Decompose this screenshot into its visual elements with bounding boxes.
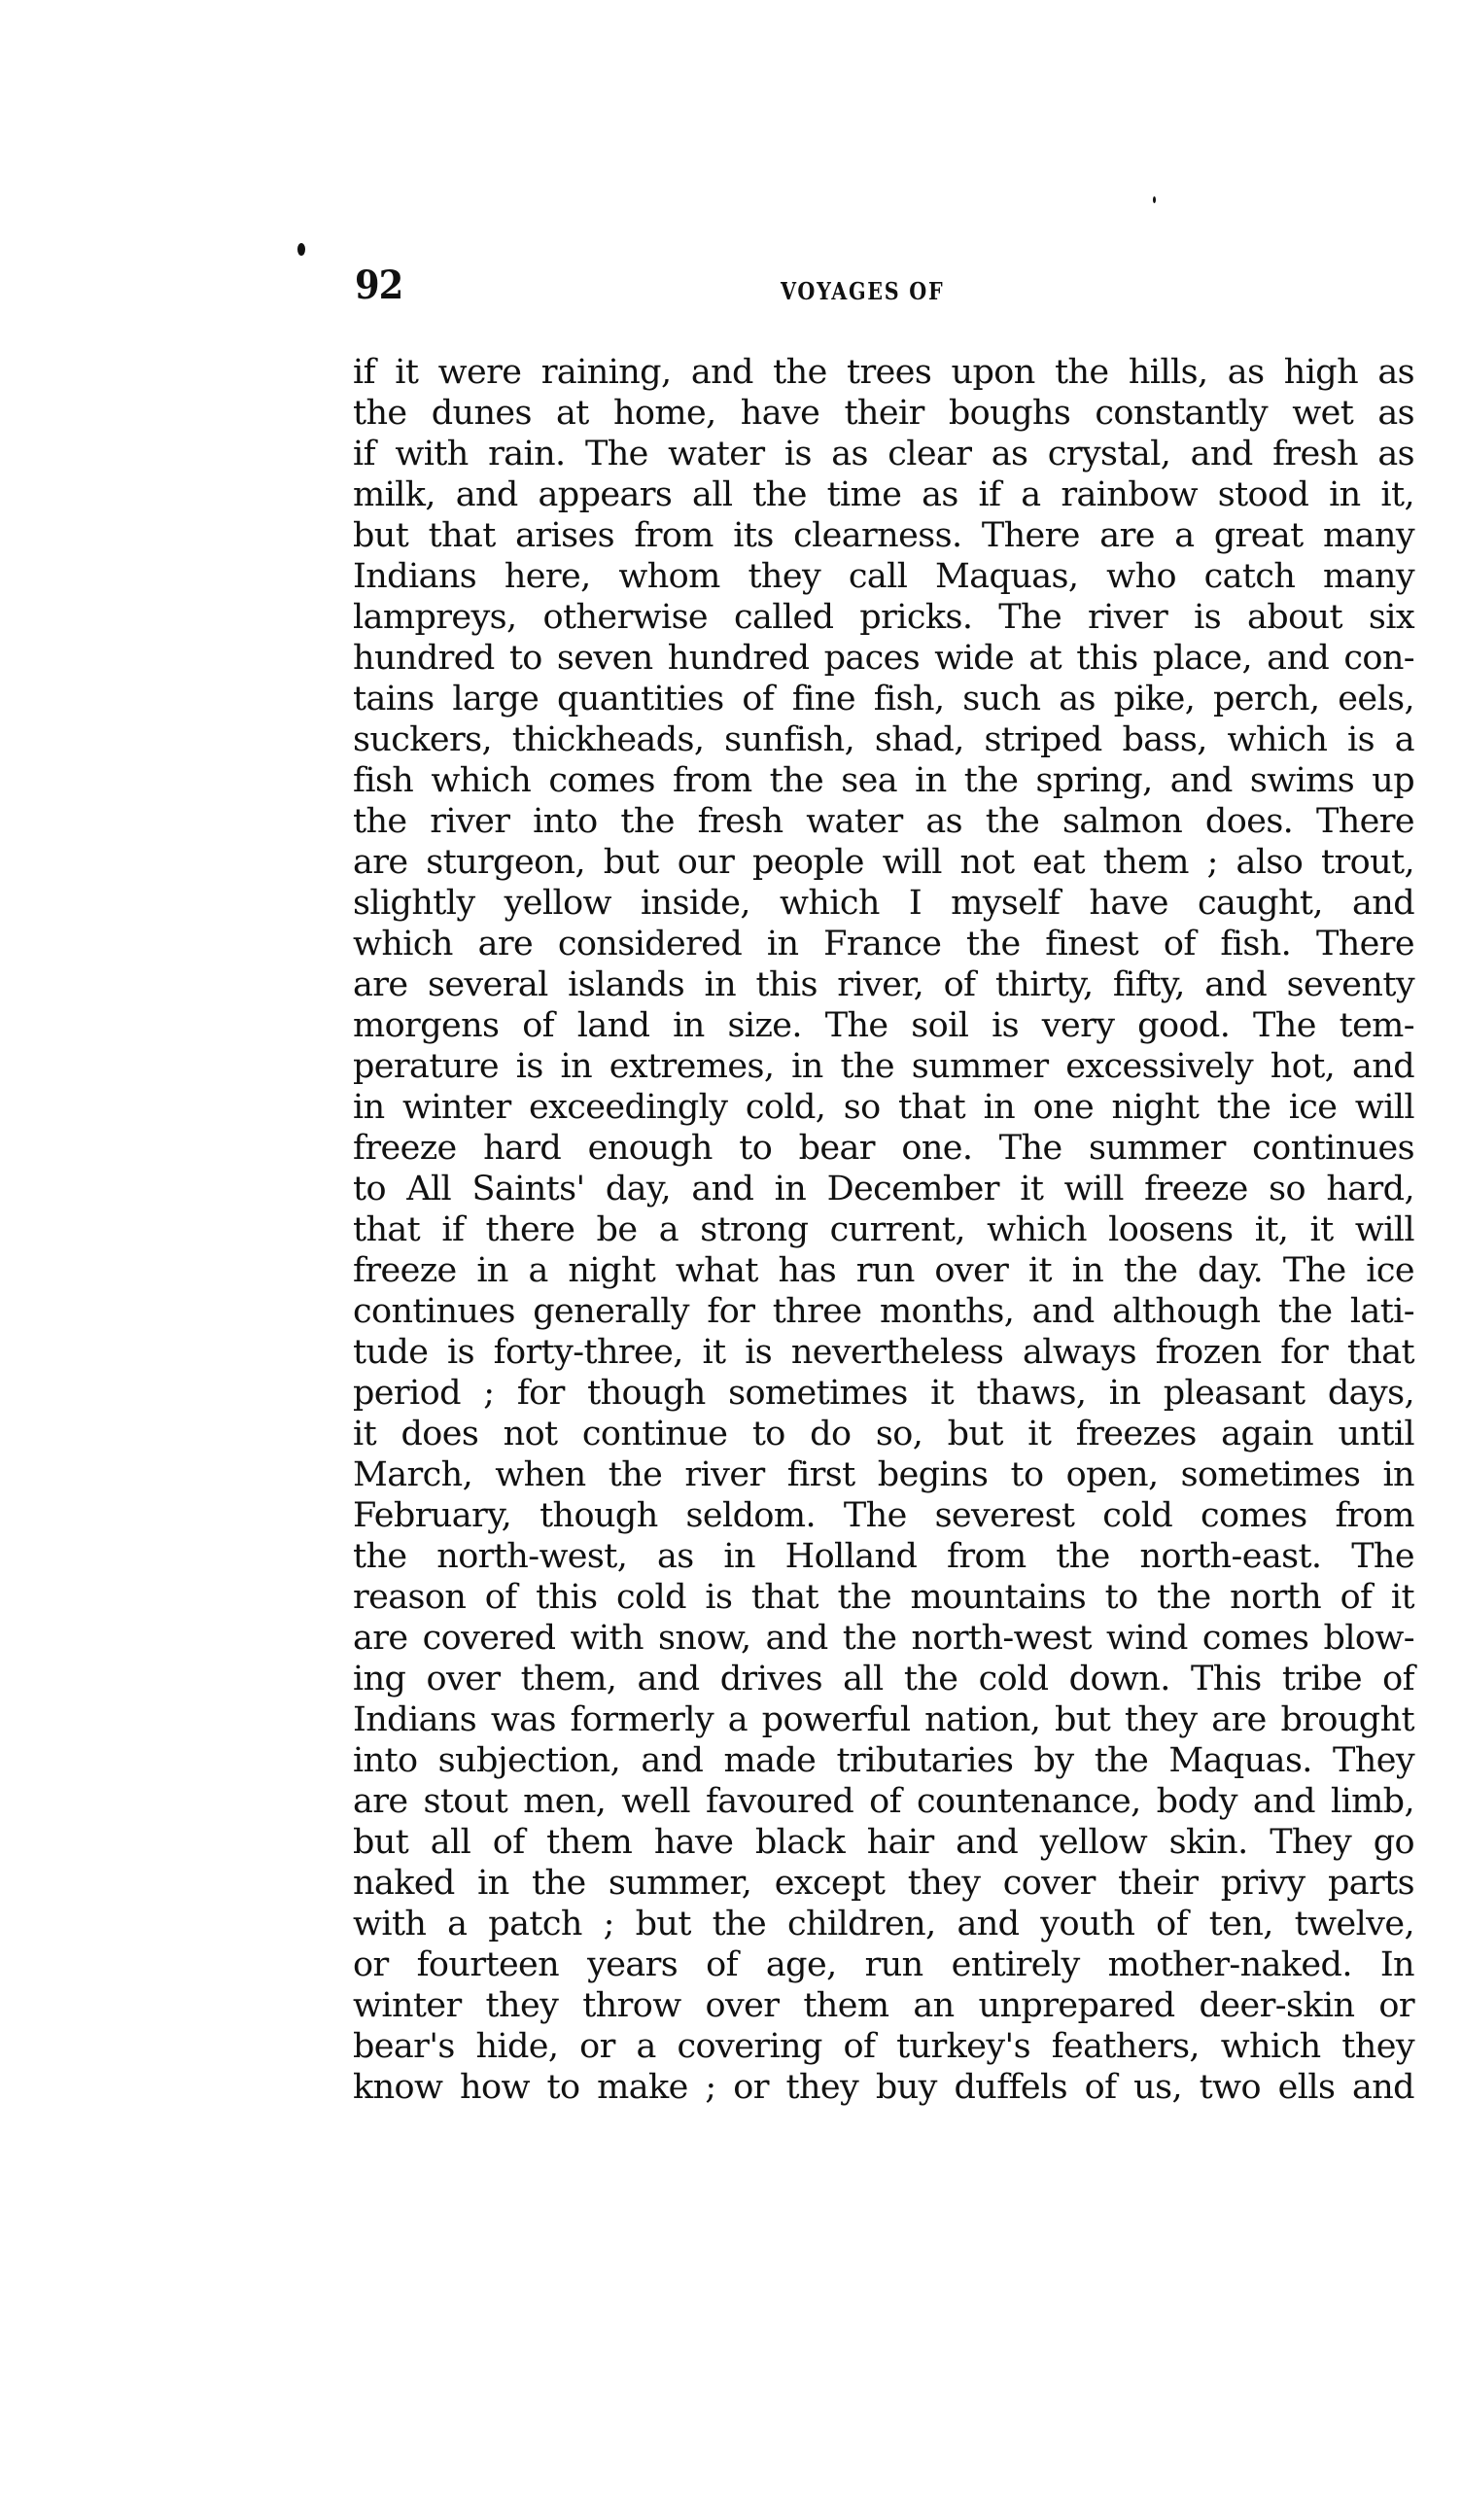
text-line: into subjection, and made tributaries by… [353, 1740, 1414, 1781]
text-line: the dunes at home, have their boughs con… [353, 393, 1414, 434]
text-line: tude is forty-three, it is nevertheless … [353, 1332, 1414, 1373]
text-line: but that arises from its clearness. Ther… [353, 515, 1414, 556]
text-line: March, when the river first begins to op… [353, 1454, 1414, 1495]
text-line: fish which comes from the sea in the spr… [353, 760, 1414, 801]
text-line: February, though seldom. The severest co… [353, 1495, 1414, 1536]
text-line: with a patch ; but the children, and you… [353, 1904, 1414, 1944]
text-line: if with rain. The water is as clear as c… [353, 434, 1414, 474]
page-number: 92 [355, 264, 402, 307]
text-line: are sturgeon, but our people will not ea… [353, 842, 1414, 883]
text-line: know how to make ; or they buy duffels o… [353, 2067, 1414, 2108]
text-line: morgens of land in size. The soil is ver… [353, 1005, 1414, 1046]
text-line: perature is in extremes, in the summer e… [353, 1046, 1414, 1087]
text-line: but all of them have black hair and yell… [353, 1822, 1414, 1863]
text-line: freeze in a night what has run over it i… [353, 1250, 1414, 1291]
text-line: ing over them, and drives all the cold d… [353, 1659, 1414, 1699]
text-line: which are considered in France the fines… [353, 924, 1414, 964]
text-line: naked in the summer, except they cover t… [353, 1863, 1414, 1904]
scan-dot [297, 243, 305, 256]
body-text: if it were raining, and the trees upon t… [353, 352, 1414, 2108]
text-line: continues generally for three months, an… [353, 1291, 1414, 1332]
running-title: VOYAGES OF [781, 278, 944, 305]
scan-speck [1153, 196, 1156, 203]
text-line: hundred to seven hundred paces wide at t… [353, 638, 1414, 679]
text-line: milk, and appears all the time as if a r… [353, 474, 1414, 515]
text-line: are stout men, well favoured of countena… [353, 1781, 1414, 1822]
text-line: in winter exceedingly cold, so that in o… [353, 1087, 1414, 1128]
text-line: are covered with snow, and the north-wes… [353, 1618, 1414, 1659]
text-line: that if there be a strong current, which… [353, 1209, 1414, 1250]
text-line: Indians here, whom they call Maquas, who… [353, 556, 1414, 597]
text-line: slightly yellow inside, which I myself h… [353, 883, 1414, 924]
text-line: the north-west, as in Holland from the n… [353, 1536, 1414, 1577]
text-line: Indians was formerly a powerful nation, … [353, 1699, 1414, 1740]
text-line: it does not continue to do so, but it fr… [353, 1414, 1414, 1454]
text-line: tains large quantities of fine fish, suc… [353, 679, 1414, 719]
text-line: or fourteen years of age, run entirely m… [353, 1944, 1414, 1985]
text-line: winter they throw over them an unprepare… [353, 1985, 1414, 2026]
text-line: period ; for though sometimes it thaws, … [353, 1373, 1414, 1414]
text-line: are several islands in this river, of th… [353, 964, 1414, 1005]
text-line: if it were raining, and the trees upon t… [353, 352, 1414, 393]
text-line: freeze hard enough to bear one. The summ… [353, 1128, 1414, 1169]
text-line: lampreys, otherwise called pricks. The r… [353, 597, 1414, 638]
text-line: to All Saints' day, and in December it w… [353, 1169, 1414, 1209]
text-line: reason of this cold is that the mountain… [353, 1577, 1414, 1618]
text-line: suckers, thickheads, sunfish, shad, stri… [353, 719, 1414, 760]
text-line: the river into the fresh water as the sa… [353, 801, 1414, 842]
text-line: bear's hide, or a covering of turkey's f… [353, 2026, 1414, 2067]
running-head: 92 VOYAGES OF [355, 264, 1414, 311]
